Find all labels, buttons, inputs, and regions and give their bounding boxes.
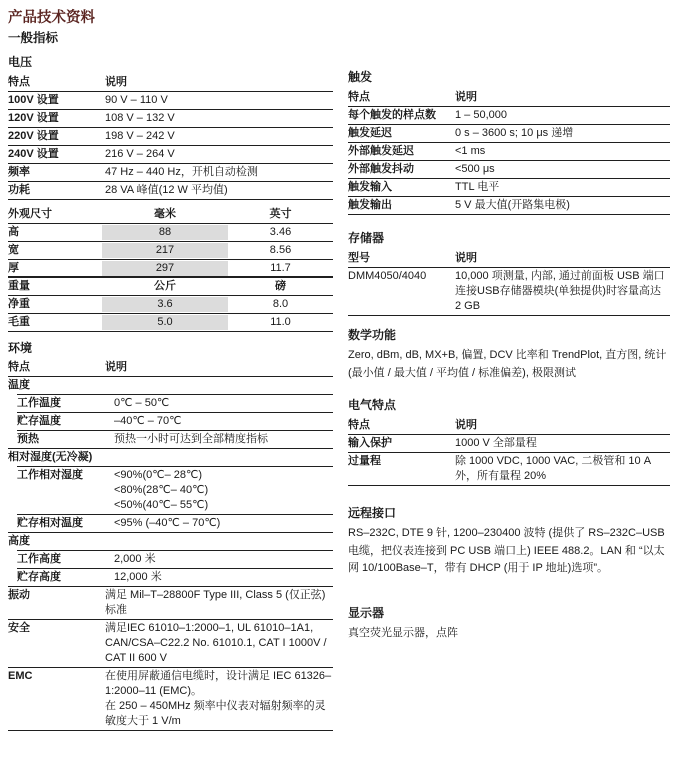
value-line: <80%(28℃– 40℃) [114, 483, 333, 498]
col-header-desc: 说明 [455, 418, 670, 433]
group-row-temperature: 温度 [8, 377, 333, 395]
trigger-heading: 触发 [348, 70, 670, 84]
table-row: 过量程 除 1000 VDC, 1000 VAC, 二极管和 10 A 外，所有… [348, 453, 670, 486]
row-label: 过量程 [348, 454, 455, 469]
row-label: DMM4050/4040 [348, 269, 455, 284]
page-subtitle: 一般指标 [8, 31, 333, 46]
row-label: 120V 设置 [8, 111, 105, 126]
row-value-lb: 11.0 [228, 315, 333, 330]
row-label: 触发输出 [348, 198, 455, 213]
table-row: 功耗 28 VA 峰值(12 W 平均值) [8, 182, 333, 200]
group-row-humidity: 相对湿度(无冷凝) [8, 449, 333, 467]
table-row: 工作高度 2,000 米 [8, 551, 333, 569]
table-row: 预热 预热一小时可达到全部精度指标 [8, 431, 333, 449]
table-row: 贮存相对温度 <95% (–40℃ – 70℃) [8, 515, 333, 533]
row-label: 工作温度 [8, 396, 114, 411]
table-row: 厚 297 11.7 [8, 260, 333, 278]
table-header-row: 特点 说明 [8, 74, 333, 92]
row-value: –40℃ – 70℃ [114, 414, 333, 429]
math-functions-text: Zero, dBm, dB, MX+B, 偏置, DCV 比率和 TrendPl… [348, 347, 670, 382]
table-row: 工作温度 0℃ – 50℃ [8, 395, 333, 413]
col-header-feature: 特点 [348, 90, 455, 105]
row-value: 满足 Mil–T–28800F Type III, Class 5 (仅正弦)标… [105, 588, 333, 618]
table-row: 每个触发的样点数 1 – 50,000 [348, 107, 670, 125]
row-value-lb: 8.0 [228, 297, 333, 312]
col-header-lb: 磅 [228, 279, 333, 294]
page-title: 产品技术资料 [8, 10, 333, 27]
row-value-inch: 11.7 [228, 261, 333, 276]
col-header-feature: 特点 [8, 75, 105, 90]
table-row: EMC 在使用屏蔽通信电缆时，设计满足 IEC 61326–1:2000–11 … [8, 668, 333, 731]
environment-table: 特点 说明 温度 工作温度 0℃ – 50℃ 贮存温度 –40℃ – 70℃ 预… [8, 359, 333, 731]
remote-interface-heading: 远程接口 [348, 506, 670, 520]
table-row: 振动 满足 Mil–T–28800F Type III, Class 5 (仅正… [8, 587, 333, 620]
row-label: 100V 设置 [8, 93, 105, 108]
row-value: 2,000 米 [114, 552, 333, 567]
table-row: 120V 设置 108 V – 132 V [8, 110, 333, 128]
row-label: 预热 [8, 432, 114, 447]
row-value: <90%(0℃– 28℃) <80%(28℃– 40℃) <50%(40℃– 5… [114, 468, 333, 513]
row-value: TTL 电平 [455, 180, 670, 195]
table-row: 240V 设置 216 V – 264 V [8, 146, 333, 164]
table-row: 工作相对湿度 <90%(0℃– 28℃) <80%(28℃– 40℃) <50%… [8, 467, 333, 515]
group-row-altitude: 高度 [8, 533, 333, 551]
col-header-weight: 重量 [8, 279, 102, 294]
right-column: 触发 特点 说明 每个触发的样点数 1 – 50,000 触发延迟 0 s – … [348, 70, 670, 642]
row-value: <95% (–40℃ – 70℃) [114, 516, 333, 531]
row-label: 240V 设置 [8, 147, 105, 162]
col-header-desc: 说明 [455, 90, 670, 105]
col-header-kg: 公斤 [102, 279, 228, 294]
row-label: 贮存温度 [8, 414, 114, 429]
row-label: 工作相对湿度 [8, 468, 114, 483]
row-value: <500 μs [455, 162, 670, 177]
row-label: 贮存相对温度 [8, 516, 114, 531]
group-label: 相对湿度(无冷凝) [8, 450, 333, 465]
row-label: 220V 设置 [8, 129, 105, 144]
row-label: 功耗 [8, 183, 105, 198]
voltage-heading: 电压 [8, 55, 333, 69]
row-label: 每个触发的样点数 [348, 108, 455, 123]
table-row: 贮存高度 12,000 米 [8, 569, 333, 587]
trigger-table: 特点 说明 每个触发的样点数 1 – 50,000 触发延迟 0 s – 360… [348, 89, 670, 215]
value-line: 在 250 – 450MHz 频率中仪表对辐射频率的灵敏度大于 1 V/m [105, 699, 333, 729]
table-row: 贮存温度 –40℃ – 70℃ [8, 413, 333, 431]
row-value: 1 – 50,000 [455, 108, 670, 123]
row-value-mm: 88 [102, 225, 228, 240]
col-header-model: 型号 [348, 251, 455, 266]
group-label: 高度 [8, 534, 333, 549]
table-header-row: 特点 说明 [8, 359, 333, 377]
table-header-row: 外观尺寸 毫米 英寸 [8, 206, 333, 224]
row-label: 净重 [8, 297, 102, 312]
row-label: 毛重 [8, 315, 102, 330]
row-label: 触发输入 [348, 180, 455, 195]
row-value: 108 V – 132 V [105, 111, 333, 126]
row-value: 除 1000 VDC, 1000 VAC, 二极管和 10 A 外，所有量程 2… [455, 454, 670, 484]
table-row: 100V 设置 90 V – 110 V [8, 92, 333, 110]
row-value: 198 V – 242 V [105, 129, 333, 144]
left-column: 产品技术资料 一般指标 电压 特点 说明 100V 设置 90 V – 110 … [8, 10, 333, 731]
voltage-table: 特点 说明 100V 设置 90 V – 110 V 120V 设置 108 V… [8, 74, 333, 200]
table-row: 外部触发延迟 <1 ms [348, 143, 670, 161]
row-value: 5 V 最大值(开路集电极) [455, 198, 670, 213]
col-header-desc: 说明 [455, 251, 670, 266]
table-row: 触发输出 5 V 最大值(开路集电极) [348, 197, 670, 215]
row-label: 频率 [8, 165, 105, 180]
display-heading: 显示器 [348, 606, 670, 620]
col-header-inch: 英寸 [228, 207, 333, 222]
electrical-table: 特点 说明 输入保护 1000 V 全部量程 过量程 除 1000 VDC, 1… [348, 417, 670, 486]
row-value-inch: 3.46 [228, 225, 333, 240]
row-value: 0℃ – 50℃ [114, 396, 333, 411]
row-value: 0 s – 3600 s; 10 μs 递增 [455, 126, 670, 141]
math-functions-heading: 数学功能 [348, 328, 670, 342]
table-row: 毛重 5.0 11.0 [8, 314, 333, 332]
row-label: 外部触发延迟 [348, 144, 455, 159]
row-value: 1000 V 全部量程 [455, 436, 670, 451]
table-row: 外部触发抖动 <500 μs [348, 161, 670, 179]
table-header-row: 特点 说明 [348, 417, 670, 435]
dimensions-table: 外观尺寸 毫米 英寸 高 88 3.46 宽 217 8.56 厚 297 11… [8, 206, 333, 332]
row-value: 预热一小时可达到全部精度指标 [114, 432, 333, 447]
row-label: 安全 [8, 621, 105, 636]
col-header-mm: 毫米 [102, 207, 228, 222]
row-value-kg: 3.6 [102, 297, 228, 312]
col-header-desc: 说明 [105, 360, 333, 375]
value-line: 在使用屏蔽通信电缆时，设计满足 IEC 61326–1:2000–11 (EMC… [105, 669, 333, 699]
table-row: 触发输入 TTL 电平 [348, 179, 670, 197]
table-row: 输入保护 1000 V 全部量程 [348, 435, 670, 453]
display-text: 真空荧光显示器，点阵 [348, 625, 670, 643]
datasheet-page: 产品技术资料 一般指标 电压 特点 说明 100V 设置 90 V – 110 … [0, 0, 680, 762]
table-row: 频率 47 Hz – 440 Hz，开机自动检测 [8, 164, 333, 182]
table-row: 宽 217 8.56 [8, 242, 333, 260]
environment-heading: 环境 [8, 341, 333, 355]
row-label: 高 [8, 225, 102, 240]
table-row: 安全 满足IEC 61010–1:2000–1, UL 61010–1A1, C… [8, 620, 333, 668]
row-value: 在使用屏蔽通信电缆时，设计满足 IEC 61326–1:2000–11 (EMC… [105, 669, 333, 729]
row-value: 12,000 米 [114, 570, 333, 585]
table-row: 触发延迟 0 s – 3600 s; 10 μs 递增 [348, 125, 670, 143]
col-header-feature: 特点 [348, 418, 455, 433]
row-value: 90 V – 110 V [105, 93, 333, 108]
row-label: 振动 [8, 588, 105, 603]
value-line: <90%(0℃– 28℃) [114, 468, 333, 483]
row-label: 输入保护 [348, 436, 455, 451]
row-value: 10,000 项测量, 内部, 通过前面板 USB 端口连接USB存储器模块(单… [455, 269, 670, 314]
row-value: 47 Hz – 440 Hz，开机自动检测 [105, 165, 333, 180]
row-label: 外部触发抖动 [348, 162, 455, 177]
col-header-dimensions: 外观尺寸 [8, 207, 102, 222]
row-label: 触发延迟 [348, 126, 455, 141]
table-header-row: 重量 公斤 磅 [8, 278, 333, 296]
row-label: EMC [8, 669, 105, 684]
table-row: 高 88 3.46 [8, 224, 333, 242]
row-value: <1 ms [455, 144, 670, 159]
row-value-mm: 217 [102, 243, 228, 258]
memory-heading: 存储器 [348, 231, 670, 245]
group-label: 温度 [8, 378, 333, 393]
memory-table: 型号 说明 DMM4050/4040 10,000 项测量, 内部, 通过前面板… [348, 250, 670, 316]
table-row: DMM4050/4040 10,000 项测量, 内部, 通过前面板 USB 端… [348, 268, 670, 316]
row-label: 贮存高度 [8, 570, 114, 585]
row-value: 满足IEC 61010–1:2000–1, UL 61010–1A1, CAN/… [105, 621, 333, 666]
row-label: 工作高度 [8, 552, 114, 567]
row-value: 216 V – 264 V [105, 147, 333, 162]
table-header-row: 型号 说明 [348, 250, 670, 268]
table-header-row: 特点 说明 [348, 89, 670, 107]
row-value-kg: 5.0 [102, 315, 228, 330]
row-value: 28 VA 峰值(12 W 平均值) [105, 183, 333, 198]
col-header-feature: 特点 [8, 360, 105, 375]
table-row: 220V 设置 198 V – 242 V [8, 128, 333, 146]
remote-interface-text: RS–232C, DTE 9 针, 1200–230400 波特 (提供了 RS… [348, 525, 670, 578]
row-value-mm: 297 [102, 261, 228, 276]
row-value-inch: 8.56 [228, 243, 333, 258]
row-label: 厚 [8, 261, 102, 276]
table-row: 净重 3.6 8.0 [8, 296, 333, 314]
value-line: <50%(40℃– 55℃) [114, 498, 333, 513]
row-label: 宽 [8, 243, 102, 258]
electrical-heading: 电气特点 [348, 398, 670, 412]
col-header-desc: 说明 [105, 75, 333, 90]
